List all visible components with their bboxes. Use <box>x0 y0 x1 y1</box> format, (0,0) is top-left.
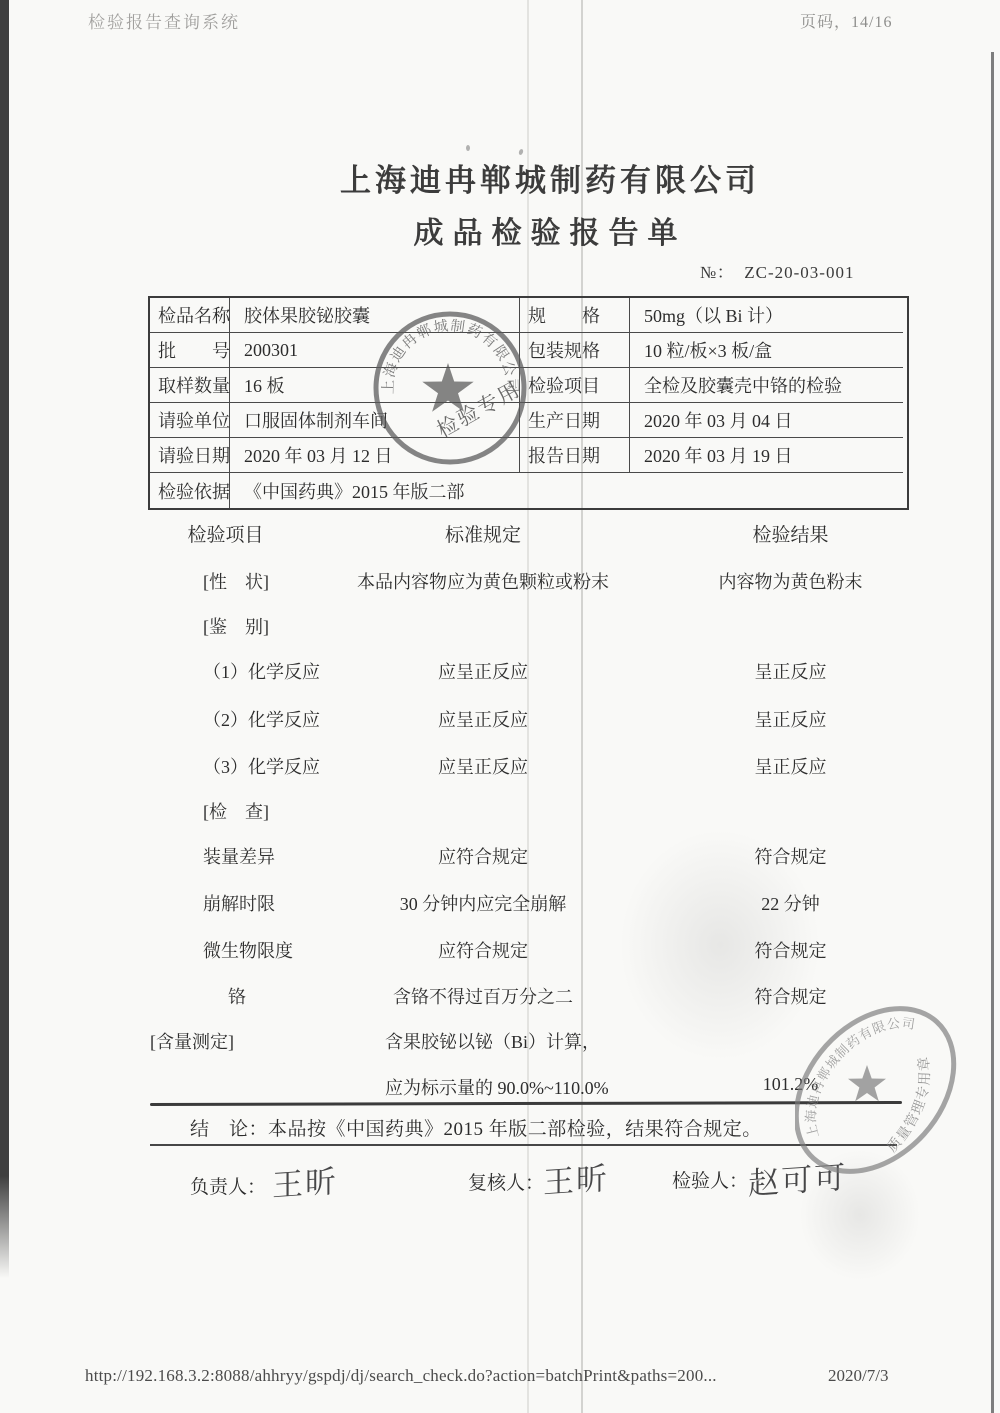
result-standard: 应符合规定 <box>333 843 633 869</box>
info-value: 胶体果胶铋胶囊 <box>230 298 520 333</box>
result-row: 装量差异 应符合规定 符合规定 <box>148 843 948 869</box>
result-row: （1）化学反应 应呈正反应 呈正反应 <box>148 658 948 684</box>
result-item: 铬 <box>148 983 333 1009</box>
result-value <box>633 613 948 639</box>
info-label: 检验项目 <box>520 368 630 403</box>
result-row: [鉴 别] <box>148 613 948 639</box>
result-standard: 含铬不得过百万分之二 <box>333 983 633 1009</box>
result-standard: 30 分钟内应完全崩解 <box>333 890 633 916</box>
result-value: 呈正反应 <box>633 753 948 779</box>
company-name: 上海迪冉郸城制药有限公司 <box>120 155 980 200</box>
scan-speck <box>466 145 470 151</box>
result-value <box>633 798 948 824</box>
results-header-row: 检验项目 标准规定 检验结果 <box>148 520 948 547</box>
scanned-report-page: { "page": { "header": { "left": "检验报告查询系… <box>0 0 1000 1413</box>
result-row: [含量测定] 含果胶铋以铋（Bi）计算， <box>148 1028 948 1054</box>
result-standard: 含果胶铋以铋（Bi）计算， <box>333 1028 633 1054</box>
inspector-signature: 赵可可 <box>748 1151 847 1203</box>
system-title: 检验报告查询系统 <box>88 8 240 33</box>
result-value: 呈正反应 <box>633 658 948 684</box>
result-item: 微生物限度 <box>148 937 333 963</box>
result-item: 崩解时限 <box>148 890 333 916</box>
info-label: 请验日期 <box>150 438 230 473</box>
responsible-signature: 王昕 <box>272 1156 338 1206</box>
info-value: 16 板 <box>230 368 520 403</box>
result-item: （3）化学反应 <box>148 753 333 779</box>
results-header-standard: 标准规定 <box>333 520 633 547</box>
report-number-line: №：ZC-20-03-001 <box>700 258 854 283</box>
result-standard: 应呈正反应 <box>333 706 633 732</box>
responsible-label: 负责人： <box>190 1172 266 1199</box>
info-value: 10 粒/板×3 板/盒 <box>630 333 903 368</box>
result-item <box>148 1074 333 1100</box>
info-value: 50mg（以 Bi 计） <box>630 298 903 333</box>
results-header-item: 检验项目 <box>148 520 333 547</box>
info-label: 规 格 <box>520 298 630 333</box>
info-label: 取样数量 <box>150 368 230 403</box>
info-value: 口服固体制剂车间 <box>230 403 520 438</box>
result-value: 22 分钟 <box>633 890 948 916</box>
reviewer-signature: 王昕 <box>543 1153 609 1203</box>
info-value: 200301 <box>230 333 520 368</box>
divider-rule-top <box>150 1101 902 1106</box>
result-item: [含量测定] <box>148 1028 333 1054</box>
result-item: 装量差异 <box>148 843 333 869</box>
info-label: 生产日期 <box>520 403 630 438</box>
conclusion-text: 结 论：本品按《中国药典》2015 年版二部检验，结果符合规定。 <box>190 1114 762 1141</box>
result-standard: 应呈正反应 <box>333 658 633 684</box>
result-row: 崩解时限 30 分钟内应完全崩解 22 分钟 <box>148 890 948 916</box>
info-label: 包装规格 <box>520 333 630 368</box>
result-value: 呈正反应 <box>633 706 948 732</box>
result-item: [鉴 别] <box>148 613 333 639</box>
print-footer-url: http://192.168.3.2:8088/ahhryy/gspdj/dj/… <box>85 1366 717 1386</box>
print-footer-date: 2020/7/3 <box>828 1366 888 1386</box>
result-item: [检 查] <box>148 798 333 824</box>
report-number-label: №： <box>700 263 734 282</box>
result-row: 铬 含铬不得过百万分之二 符合规定 <box>148 983 948 1009</box>
info-label: 报告日期 <box>520 438 630 473</box>
result-item: （1）化学反应 <box>148 658 333 684</box>
result-value <box>633 1028 948 1054</box>
inspector-label: 检验人： <box>672 1166 748 1193</box>
result-row: [检 查] <box>148 798 948 824</box>
result-standard: 应为标示量的 90.0%~110.0% <box>333 1074 633 1100</box>
info-label: 批 号 <box>150 333 230 368</box>
result-standard: 应符合规定 <box>333 937 633 963</box>
info-value: 2020 年 03 月 04 日 <box>630 403 903 438</box>
result-value: 符合规定 <box>633 843 948 869</box>
result-standard: 应呈正反应 <box>333 753 633 779</box>
info-value: 《中国药典》2015 年版二部 <box>230 473 903 508</box>
result-standard <box>333 798 633 824</box>
info-value: 全检及胶囊壳中铬的检验 <box>630 368 903 403</box>
result-value: 符合规定 <box>633 983 948 1009</box>
info-value: 2020 年 03 月 19 日 <box>630 438 903 473</box>
result-row: （2）化学反应 应呈正反应 呈正反应 <box>148 706 948 732</box>
result-standard: 本品内容物应为黄色颗粒或粉末 <box>333 568 633 594</box>
reviewer-label: 复核人： <box>468 1168 544 1195</box>
result-row: 微生物限度 应符合规定 符合规定 <box>148 937 948 963</box>
page-number: 页码，14/16 <box>800 9 892 32</box>
divider-rule-bottom <box>150 1144 897 1146</box>
quality-stamp-ring-text: 上海迪冉郸城制药有限公司 <box>795 993 923 1145</box>
scan-edge-left-bar <box>0 0 9 1278</box>
scan-edge-right-line <box>991 52 994 1413</box>
result-standard <box>333 613 633 639</box>
result-value: 符合规定 <box>633 937 948 963</box>
report-title: 成品检验报告单 <box>120 208 980 252</box>
result-value: 101.2% <box>633 1074 948 1100</box>
info-value: 2020 年 03 月 12 日 <box>230 438 520 473</box>
title-block: 上海迪冉郸城制药有限公司 成品检验报告单 <box>120 155 980 252</box>
result-row: [性 状] 本品内容物应为黄色颗粒或粉末 内容物为黄色粉末 <box>148 568 948 594</box>
result-value: 内容物为黄色粉末 <box>633 568 948 594</box>
svg-text:质量管理专用章: 质量管理专用章 <box>884 1054 933 1155</box>
result-row: 应为标示量的 90.0%~110.0% 101.2% <box>148 1074 948 1100</box>
report-number: ZC-20-03-001 <box>744 263 854 282</box>
sample-info-table: 检品名称 胶体果胶铋胶囊 规 格 50mg（以 Bi 计） 批 号 200301… <box>148 296 909 510</box>
info-label: 检品名称 <box>150 298 230 333</box>
result-row: （3）化学反应 应呈正反应 呈正反应 <box>148 753 948 779</box>
svg-text:上海迪冉郸城制药有限公司: 上海迪冉郸城制药有限公司 <box>795 993 923 1145</box>
results-header-result: 检验结果 <box>633 520 948 547</box>
quality-stamp-caption: 质量管理专用章 <box>884 1054 933 1155</box>
result-item: [性 状] <box>148 568 333 594</box>
info-label: 检验依据 <box>150 473 230 508</box>
result-item: （2）化学反应 <box>148 706 333 732</box>
info-label: 请验单位 <box>150 403 230 438</box>
